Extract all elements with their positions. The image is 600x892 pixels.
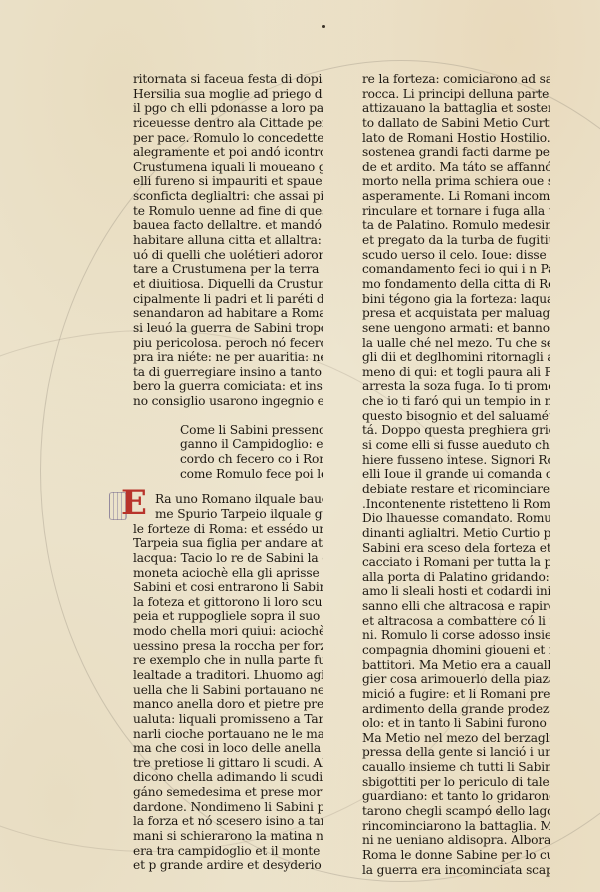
text-line: Sabini era sceso dela forteza et bauea r… <box>362 541 550 556</box>
text-line: battitori. Ma Metio era a cauallo et fu … <box>362 658 550 673</box>
text-line: mició a fugire: et li Romani presen core… <box>362 687 550 702</box>
text-line: mani si schierarono la matina nel piano … <box>133 829 323 844</box>
paragraph-2-block: E Ra uno Romano ilquale bauea no-me Spur… <box>133 492 323 873</box>
text-line: et altracosa a combattere có li prodi ho… <box>362 614 550 629</box>
text-line: questo bisognio et del saluaméto della C… <box>362 409 550 424</box>
text-line: peia et ruppogliele sopra il suo corpo p… <box>133 609 323 624</box>
text-line: re la forteza: comiciarono ad salire uer… <box>362 72 550 87</box>
text-line: dicono chella adimando li scudi: et cosi… <box>133 770 323 785</box>
text-line: il pgo ch elli pdonasse a loro padri et … <box>133 101 323 116</box>
text-line: senandaron ad habitare a Roma. Alultimo <box>133 306 323 321</box>
text-line: tá. Doppo questa preghiera gridó a suoi … <box>362 423 550 438</box>
text-line: Roma le donne Sabine per lo cui rapiméto <box>362 848 550 863</box>
paragraph-2: Ra uno Romano ilquale bauea no-me Spurio… <box>133 492 323 873</box>
decorated-initial: E <box>111 489 151 523</box>
text-line: cordo ch fecero co i Romani et <box>180 452 323 467</box>
text-line: tarono chegli scampó dello lagone et alb… <box>362 804 550 819</box>
text-line: scudo uerso il celo. Ioue: disse elli: p… <box>362 248 550 263</box>
text-line: ni ne ueniano aldisopra. Albora esciron … <box>362 833 550 848</box>
text-line: compagnia dhomini gioueni et forti com- <box>362 643 550 658</box>
text-line: ni. Romulo li corse adosso insieme con u… <box>362 628 550 643</box>
text-line: la foteza et gittorono li loro scudi a T… <box>133 595 323 610</box>
text-line: Hersilia sua moglie ad priego de le rapi… <box>133 87 323 102</box>
text-line: alla porta di Palatino gridando: uinti h… <box>362 570 550 585</box>
text-line: sene uengono armati: et banno gia passat… <box>362 321 550 336</box>
text-line: elli fureno si impauriti et spauentati d… <box>133 174 323 189</box>
text-line: presa et acquistata per maluagitta: et d… <box>362 306 550 321</box>
text-line: uessino presa la roccha per forza: o per… <box>133 639 323 654</box>
text-line: et p grande ardire et desyderio dacquist… <box>133 858 323 873</box>
text-line: sostenea grandi facti darme peroche era … <box>362 145 550 160</box>
chapter-rubric: Come li Sabini presseno per in-ganno il … <box>133 423 323 482</box>
text-line: ta de Palatino. Romulo medesimo sospinto <box>362 218 550 233</box>
text-line: rinculare et tornare i fuga alla uecbia … <box>362 204 550 219</box>
text-line: cauallo insieme ch tutti li Sabini remas… <box>362 760 550 775</box>
text-line: bero la guerra comiciata: et insieme col… <box>133 379 323 394</box>
text-line: de et ardito. Ma táto se affannó ch lli … <box>362 160 550 175</box>
text-line: la forza et nó scesero isino a tanto ch … <box>133 814 323 829</box>
text-line: bauea facto dellaltre. et mandó gente pe… <box>133 218 323 233</box>
text-line: elli Ioue il grande ui comanda che qui u… <box>362 467 550 482</box>
text-line: lealtade a traditori. Lhuomo agiúge ala … <box>133 668 323 683</box>
text-line: uella che li Sabini portauano nel bracci… <box>133 683 323 698</box>
text-line: ma che cosi in loco delle anella doro et… <box>133 741 323 756</box>
text-line: mo fondamento della citta di Roma. Li Sa <box>362 277 550 292</box>
text-line: asperamente. Li Romani incomiciarono a- <box>362 189 550 204</box>
text-column-right: re la forteza: comiciarono ad salire uer… <box>362 72 550 877</box>
text-line: tare a Crustumena per la terra chéra bon… <box>133 262 323 277</box>
text-line: uó di quelli che uolétieri adorono ad ha… <box>133 248 323 263</box>
text-line: me Spurio Tarpeio ilquale guardaua <box>133 507 323 522</box>
paragraph-1: ritornata si faceua festa di dopia uicto… <box>133 72 323 409</box>
text-line: te Romulo uenne ad fine di questa che no… <box>133 204 323 219</box>
text-column-left: ritornata si faceua festa di dopia uicto… <box>133 72 323 873</box>
text-line: dardone. Nondimeno li Sabini pure bebeno <box>133 800 323 815</box>
text-line: amo li sleali hosti et codardi inimici. … <box>362 584 550 599</box>
text-line: le forteze di Roma: et essédo uno die sc… <box>133 522 323 537</box>
text-line: attizauano la battaglia et sosteneano la… <box>362 101 550 116</box>
text-line: Crustumena iquali li moueano guerra. Ma <box>133 160 323 175</box>
text-line: era tra campidoglio et il monte Auentino… <box>133 844 323 859</box>
text-line: Sabini et cosi entrarono li Sabini détro… <box>133 580 323 595</box>
text-line: et diuitiosa. Diquelli da Crustumena pri… <box>133 277 323 292</box>
text-line: Ma Metio nel mezo del berzaglio per la <box>362 731 550 746</box>
text-line: ganno il Campidoglio: et del ac <box>180 437 323 452</box>
text-line: comandamento feci io qui i n Palatino il… <box>362 262 550 277</box>
text-line: arresta la soza fuga. Io ti prometto et … <box>362 379 550 394</box>
text-line: per pace. Romulo lo concedette loro assa… <box>133 131 323 146</box>
text-line: modo chella mori quiui: aciochè paresse … <box>133 624 323 639</box>
text-line: .Incontenente ristetteno li Romani sicom… <box>362 497 550 512</box>
text-line: re exemplo che in nulla parte fusse tenu… <box>133 653 323 668</box>
text-line: sbigottiti per lo periculo di tale homo … <box>362 775 550 790</box>
ink-speck <box>322 25 325 28</box>
text-line: alegramente et poi andó icontro a quelli… <box>133 145 323 160</box>
text-line: Ra uno Romano ilquale bauea no- <box>133 492 323 507</box>
text-line: rincominciarono la battaglia. Ma li Roma… <box>362 819 550 834</box>
text-line: lato de Romani Hostio Hostilio. Questo <box>362 131 550 146</box>
text-line: bini tégono gia la forteza: laquale elli… <box>362 292 550 307</box>
text-line: moneta aciochè ella gli aprisse la porta… <box>133 566 323 581</box>
text-line: tre pretiose li gittaro li scudi. Alquan… <box>133 756 323 771</box>
text-line: et pregato da la turba de fugitiui: alzó… <box>362 233 550 248</box>
text-line: ritornata si faceua festa di dopia uicto… <box>133 72 323 87</box>
text-line: sconficta deglialtri: che assai piu legi… <box>133 189 323 204</box>
text-line: la ualle ché nel mezo. Tu che se padre d… <box>362 336 550 351</box>
text-line: olo: et in tanto li Sabini furono sconfi… <box>362 716 550 731</box>
text-line: gli dii et deglhomini ritornagli adrieto… <box>362 350 550 365</box>
manuscript-page: ritornata si faceua festa di dopia uicto… <box>0 0 600 892</box>
text-line: pra ira niéte: ne per auaritia: ne fecer… <box>133 350 323 365</box>
text-line: Come li Sabini presseno per in- <box>180 423 323 438</box>
text-line: che io ti faró qui un tempio in memoria … <box>362 394 550 409</box>
text-line: si come elli si fusse aueduto ch le sue … <box>362 438 550 453</box>
text-line: piu pericolosa. peroch nó fecero le cose… <box>133 336 323 351</box>
text-line: manco anella doro et pietre pretiose di … <box>133 697 323 712</box>
text-line: come Romulo fece poi le céturie <box>180 467 323 482</box>
text-line: guardiano: et tanto lo gridarono et conf… <box>362 789 550 804</box>
text-line: ualuta: liquali promisseno a Tarpeia di … <box>133 712 323 727</box>
text-line: rocca. Li principi delluna parte et de l… <box>362 87 550 102</box>
text-line: gier cosa arimouerlo della piaza. Elli s… <box>362 672 550 687</box>
initial-letter: E <box>121 486 147 520</box>
paragraph-right: re la forteza: comiciarono ad salire uer… <box>362 72 550 877</box>
text-line: no consiglio usarono ingegnio et baratte… <box>133 394 323 409</box>
text-line: narli cioche portauano ne le mani sinist… <box>133 727 323 742</box>
text-line: sanno elli che altracosa e rapire le pul… <box>362 599 550 614</box>
text-line: meno di qui: et togli paura ali Romani: … <box>362 365 550 380</box>
text-line: cacciato i Romani per tutta la piaza inf… <box>362 555 550 570</box>
text-line: habitare alluna citta et allaltra: et as… <box>133 233 323 248</box>
text-line: cipalmente li padri et li paréti delle r… <box>133 292 323 307</box>
text-line: gáno semedesima et prese morte per suo g… <box>133 785 323 800</box>
text-line: to dallato de Sabini Metio Curtio: et da… <box>362 116 550 131</box>
text-line: Dio lhauesse comandato. Romulo si misse <box>362 511 550 526</box>
text-line: ardimento della grande prodeza di Rom- <box>362 702 550 717</box>
text-line: hiere fusseno intese. Signori Romani: di… <box>362 453 550 468</box>
text-line: si leuó la guerra de Sabini tropo magior… <box>133 321 323 336</box>
text-line: la guerra era incominciata scapigliate e… <box>362 863 550 878</box>
text-line: Tarpeia sua figlia per andare attigere d… <box>133 536 323 551</box>
text-line: debiate restare et ricominciare la batta… <box>362 482 550 497</box>
text-line: dinanti aglialtri. Metio Curtio principe… <box>362 526 550 541</box>
text-line: morto nella prima schiera oue sicombatte… <box>362 174 550 189</box>
text-line: riceuesse dentro ala Cittade per accordo… <box>133 116 323 131</box>
text-line: pressa della gente si lanció i uno lagon… <box>362 745 550 760</box>
text-line: lacqua: Tacio lo re de Sabini la corrupp… <box>133 551 323 566</box>
text-line: ta di guerregiare insino a tanto chegli … <box>133 365 323 380</box>
